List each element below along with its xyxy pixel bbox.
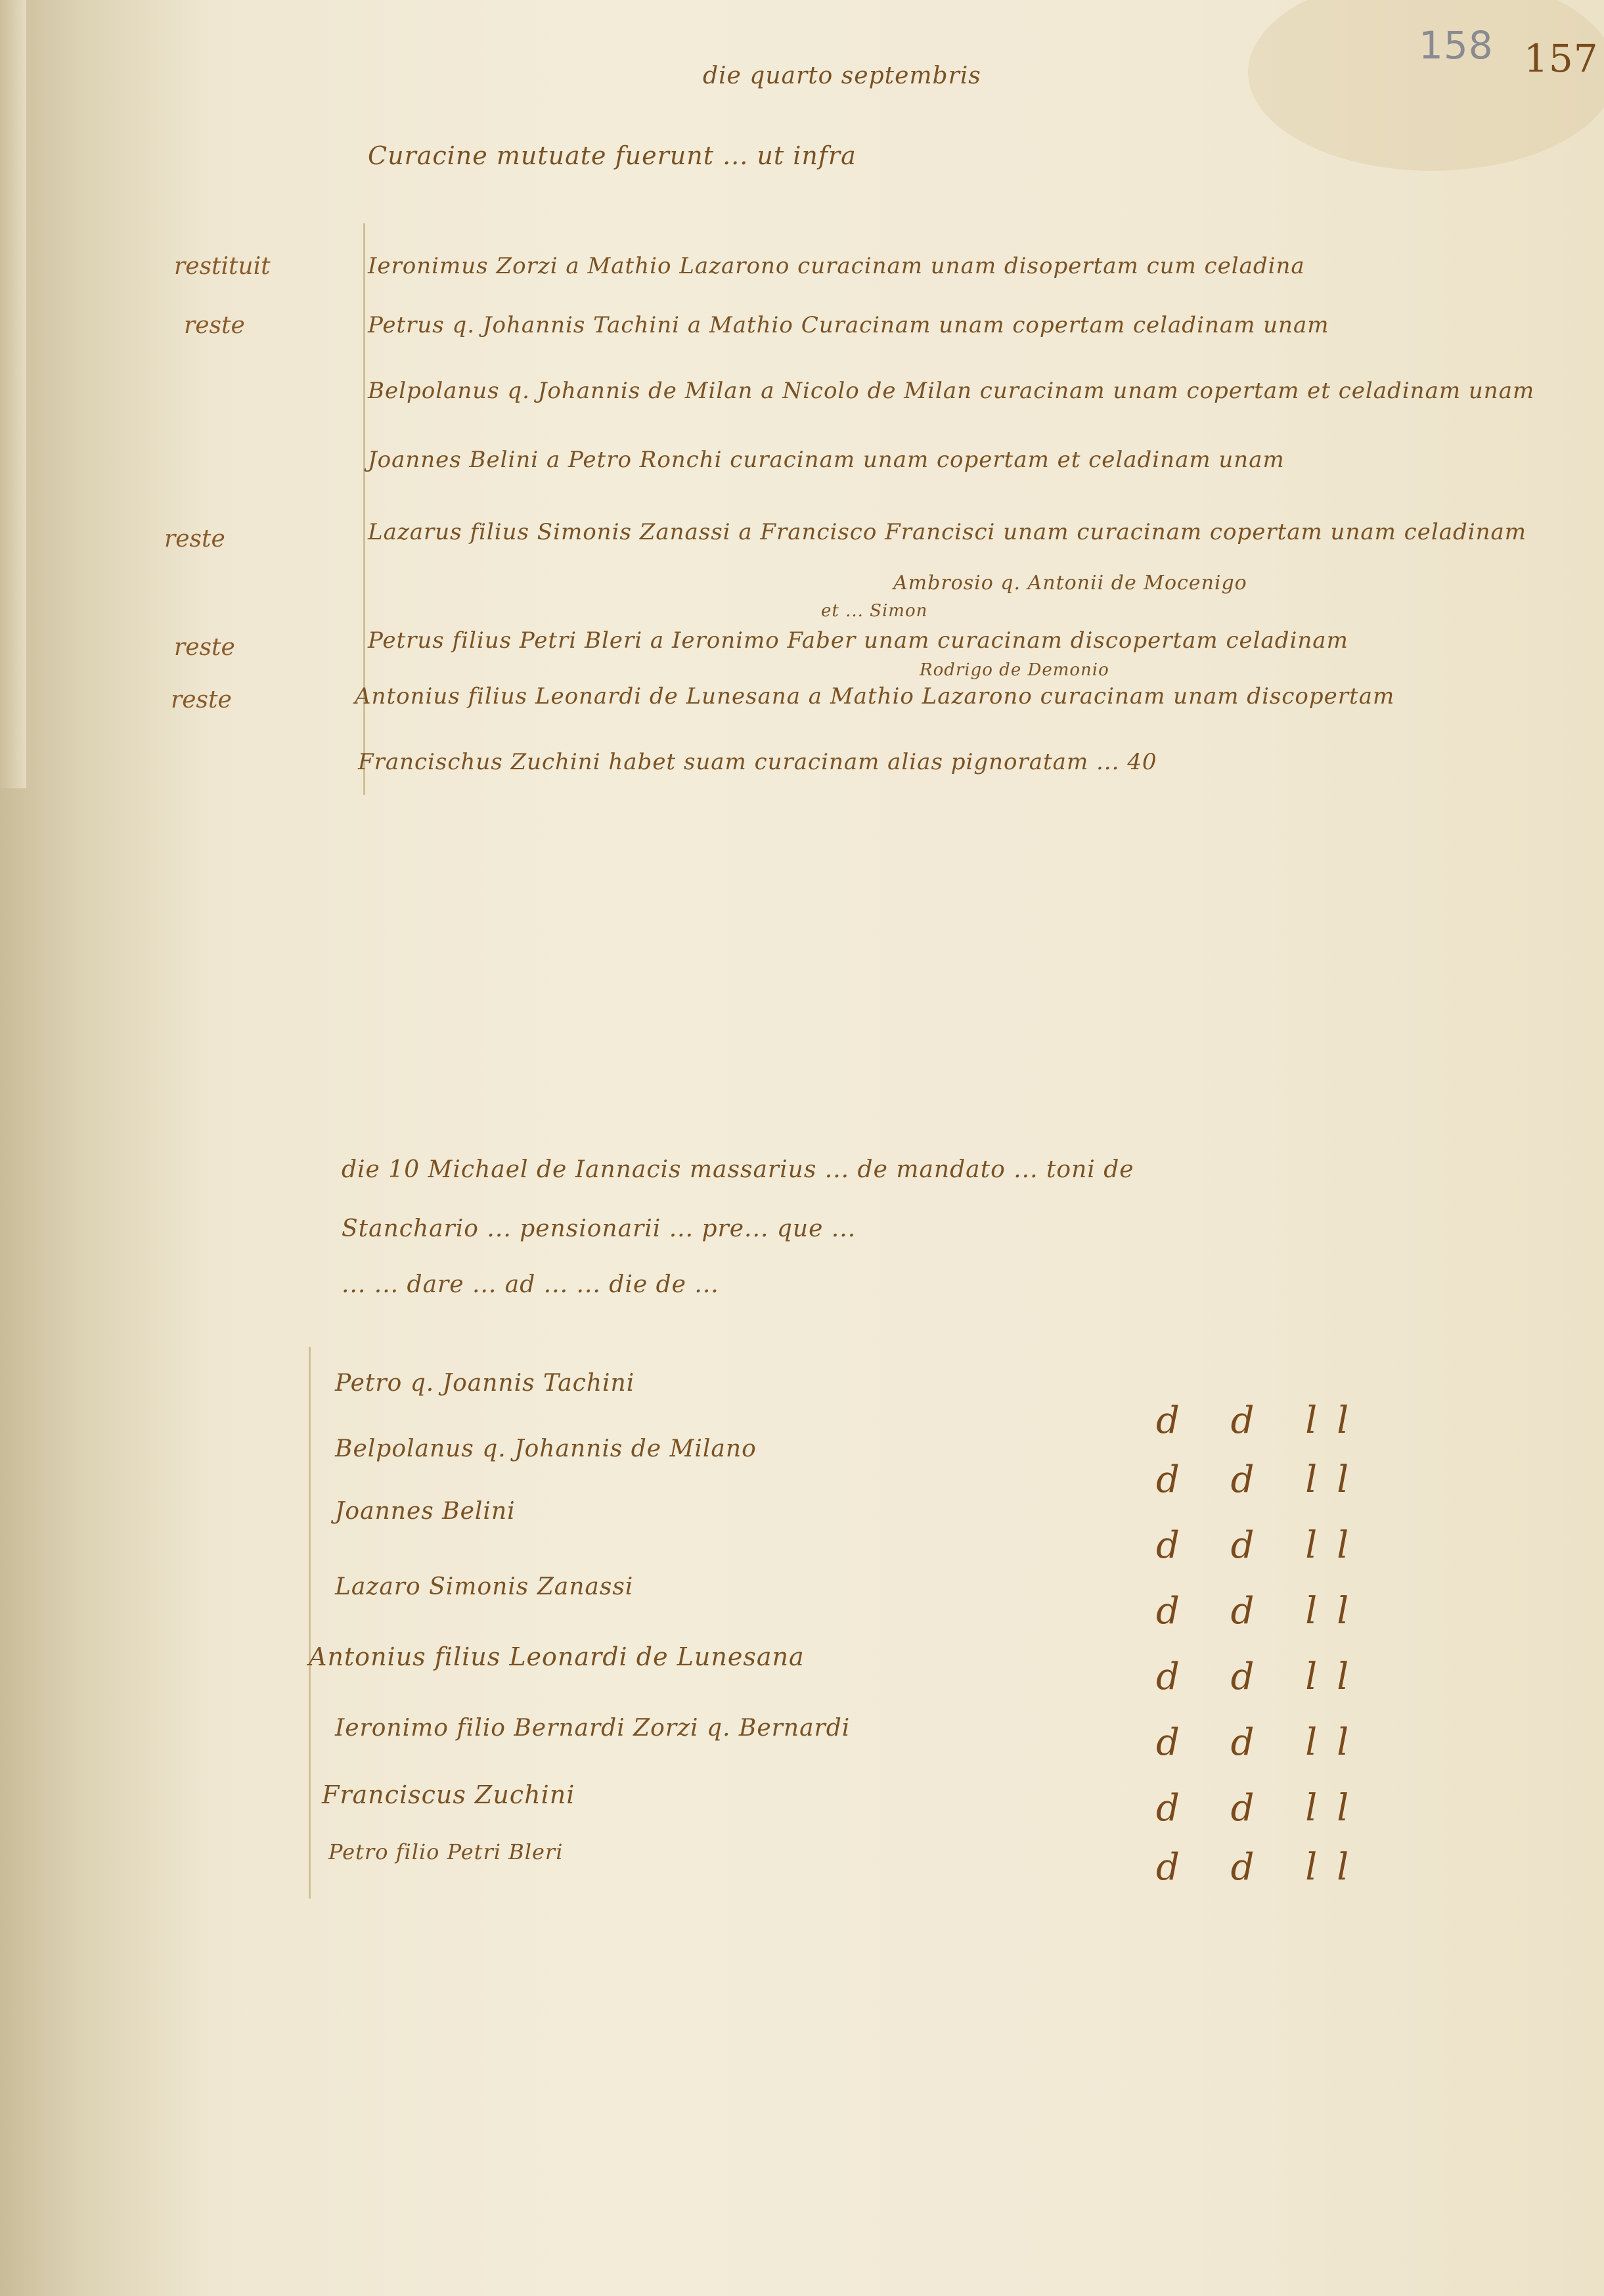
folio-number-pencil: 158 (1419, 23, 1494, 68)
entry-line: Petrus filius Petri Bleri a Ieronimo Fab… (368, 627, 1348, 654)
paragraph-line: Stanchario ... pensionarii ... pre... qu… (342, 1215, 856, 1242)
name-entry: Joannes Belini (335, 1498, 516, 1525)
section1-title: Curacine mutuate fuerunt ... ut infra (368, 141, 857, 170)
tally-mark: d d ll (1156, 1524, 1368, 1567)
name-entry: Petro q. Joannis Tachini (335, 1370, 635, 1397)
margin-note: reste (174, 634, 235, 661)
name-entry: Belpolanus q. Johannis de Milano (335, 1435, 757, 1462)
folio-number-ink: 157 (1524, 36, 1599, 81)
paragraph-line: ... ... dare ... ad ... ... die de ... (342, 1271, 719, 1298)
margin-note: reste (184, 312, 245, 339)
interlinear-note: Ambrosio q. Antonii de Mocenigo (893, 572, 1247, 595)
tally-mark: d d ll (1156, 1590, 1368, 1632)
page-gutter (0, 0, 26, 788)
tally-mark: d d ll (1156, 1846, 1368, 1889)
entry-line: Francischus Zuchini habet suam curacinam… (358, 749, 1157, 775)
interlinear-note: Rodrigo de Demonio (920, 660, 1109, 680)
interlinear-note: et ... Simon (821, 601, 927, 621)
tally-mark: d d ll (1156, 1399, 1368, 1442)
entry-line: Antonius filius Leonardi de Lunesana a M… (355, 683, 1394, 709)
entry-line: Lazarus filius Simonis Zanassi a Francis… (368, 519, 1526, 545)
entry-line: Belpolanus q. Johannis de Milan a Nicolo… (368, 378, 1534, 404)
name-entry: Petro filio Petri Bleri (328, 1839, 563, 1864)
margin-note: reste (171, 687, 232, 713)
entry-line: Petrus q. Johannis Tachini a Mathio Cura… (368, 312, 1329, 338)
tally-mark: d d ll (1156, 1721, 1368, 1764)
page-heading: die quarto septembris (703, 62, 981, 89)
tally-mark: d d ll (1156, 1787, 1368, 1830)
name-entry: Lazaro Simonis Zanassi (335, 1573, 633, 1600)
margin-note: restituit (174, 253, 271, 280)
paragraph-line: die 10 Michael de Iannacis massarius ...… (342, 1156, 1134, 1183)
tally-mark: d d ll (1156, 1458, 1368, 1501)
names-bracket (309, 1347, 311, 1899)
tally-mark: d d ll (1156, 1655, 1368, 1698)
margin-note: reste (164, 526, 225, 552)
name-entry: Antonius filius Leonardi de Lunesana (309, 1642, 805, 1671)
name-entry: Franciscus Zuchini (322, 1780, 575, 1809)
entry-line: Joannes Belini a Petro Ronchi curacinam … (368, 447, 1285, 473)
name-entry: Ieronimo filio Bernardi Zorzi q. Bernard… (335, 1715, 850, 1742)
entry-line: Ieronimus Zorzi a Mathio Lazarono curaci… (368, 253, 1305, 279)
